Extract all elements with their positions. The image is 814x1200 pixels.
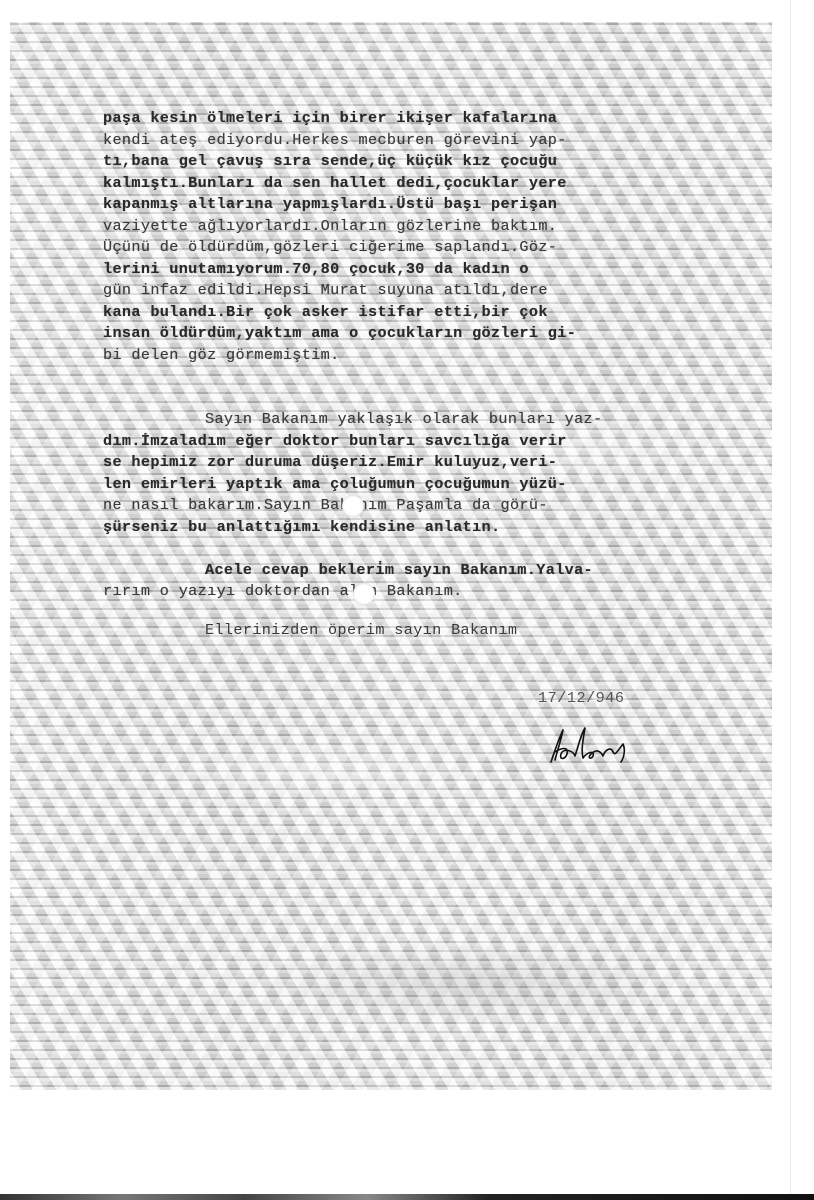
paragraph2-line: dım.İmzaladım eğer doktor bunları savcıl… [103,431,743,453]
scan-bottom-edge [0,1194,814,1200]
punch-hole [353,583,375,605]
body-line: kalmıştı.Bunları da sen hallet dedi,çocu… [103,173,743,195]
body-line: tı,bana gel çavuş sıra sende,üç küçük kı… [103,151,743,173]
body-line: insan öldürdüm,yaktım ama o çocukların g… [103,323,743,345]
body-line: lerini unutamıyorum.70,80 çocuk,30 da ka… [103,259,743,281]
body-line: paşa kesin ölmeleri için birer ikişer ka… [103,108,743,130]
body-line: kendi ateş ediyordu.Herkes mecburen göre… [103,130,743,152]
paragraph2-line: ne nasıl bakarım.Sayın Bakanım Paşamla d… [103,495,743,517]
signature-icon [545,722,635,767]
paragraph2-line: len emirleri yaptık ama çoluğumun çocuğu… [103,474,743,496]
paragraph2-line: se hepimiz zor duruma düşeriz.Emir kuluy… [103,452,743,474]
paragraph2-line: Sayın Bakanım yaklaşık olarak bunları ya… [103,409,743,431]
body-line: bi delen göz görmemiştim. [103,345,743,367]
paragraph-gap [103,538,743,560]
letter-body: paşa kesin ölmeleri için birer ikişer ka… [103,108,743,603]
body-line: gün infaz edildi.Hepsi Murat suyuna atıl… [103,280,743,302]
closing-line: Ellerinizden öperim sayın Bakanım [205,621,517,639]
page-edge-line [790,0,791,1200]
body-line: vaziyette ağlıyorlardı.Onların gözlerine… [103,216,743,238]
paragraph3-line: rırım o yazıyı doktordan alın Bakanım. [103,581,743,603]
paragraph2-line: şürseniz bu anlattığımı kendisine anlatı… [103,517,743,539]
body-line: kana bulandı.Bir çok asker istifar etti,… [103,302,743,324]
punch-hole [342,495,364,517]
body-line: kapanmış altlarına yapmışlardı.Üstü başı… [103,194,743,216]
paragraph3-line: Acele cevap bekleri̇m sayın Bakanım.Yalv… [103,560,743,582]
paragraph-gap [103,366,743,409]
body-line: Üçünü de öldürdüm,gözleri ciğerime sapla… [103,237,743,259]
letter-date: 17/12/946 [538,689,625,707]
